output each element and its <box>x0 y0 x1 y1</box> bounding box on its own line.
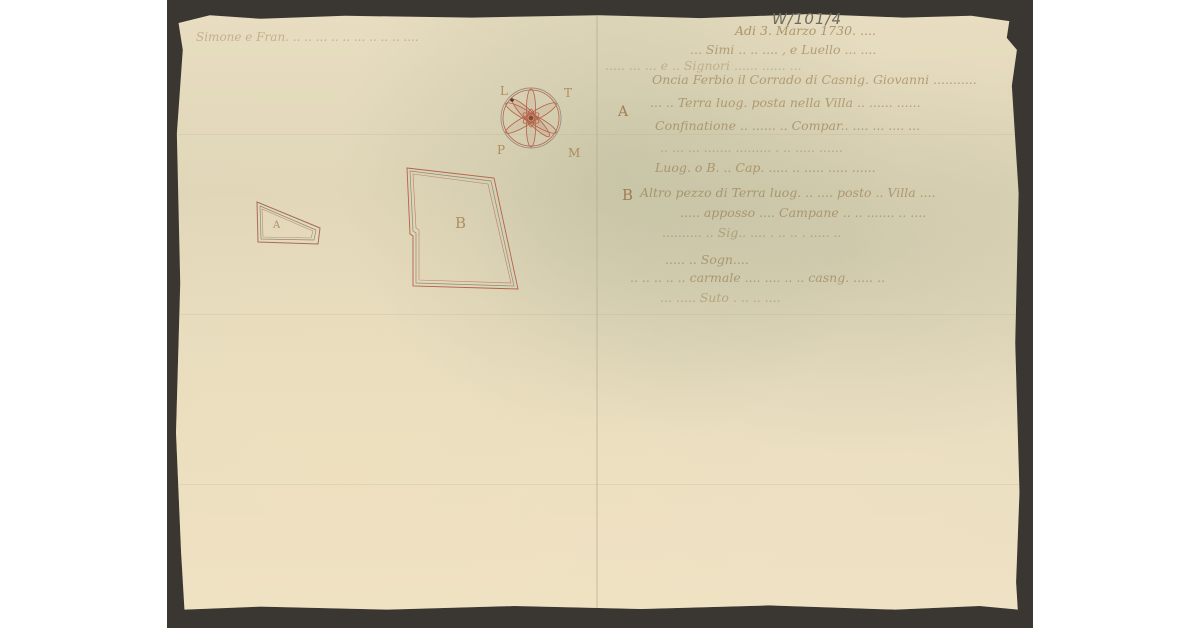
plot-b-label: B <box>455 214 466 232</box>
compass-label-p: P <box>497 143 505 157</box>
plot-a-outline <box>257 202 320 244</box>
compass-label-t: T <box>564 86 572 100</box>
plot-a-label: A <box>273 220 280 231</box>
compass-rose-icon <box>501 88 561 148</box>
map-drawings <box>0 0 1200 628</box>
compass-label-l: L <box>500 84 508 98</box>
compass-label-m: M <box>568 146 580 160</box>
